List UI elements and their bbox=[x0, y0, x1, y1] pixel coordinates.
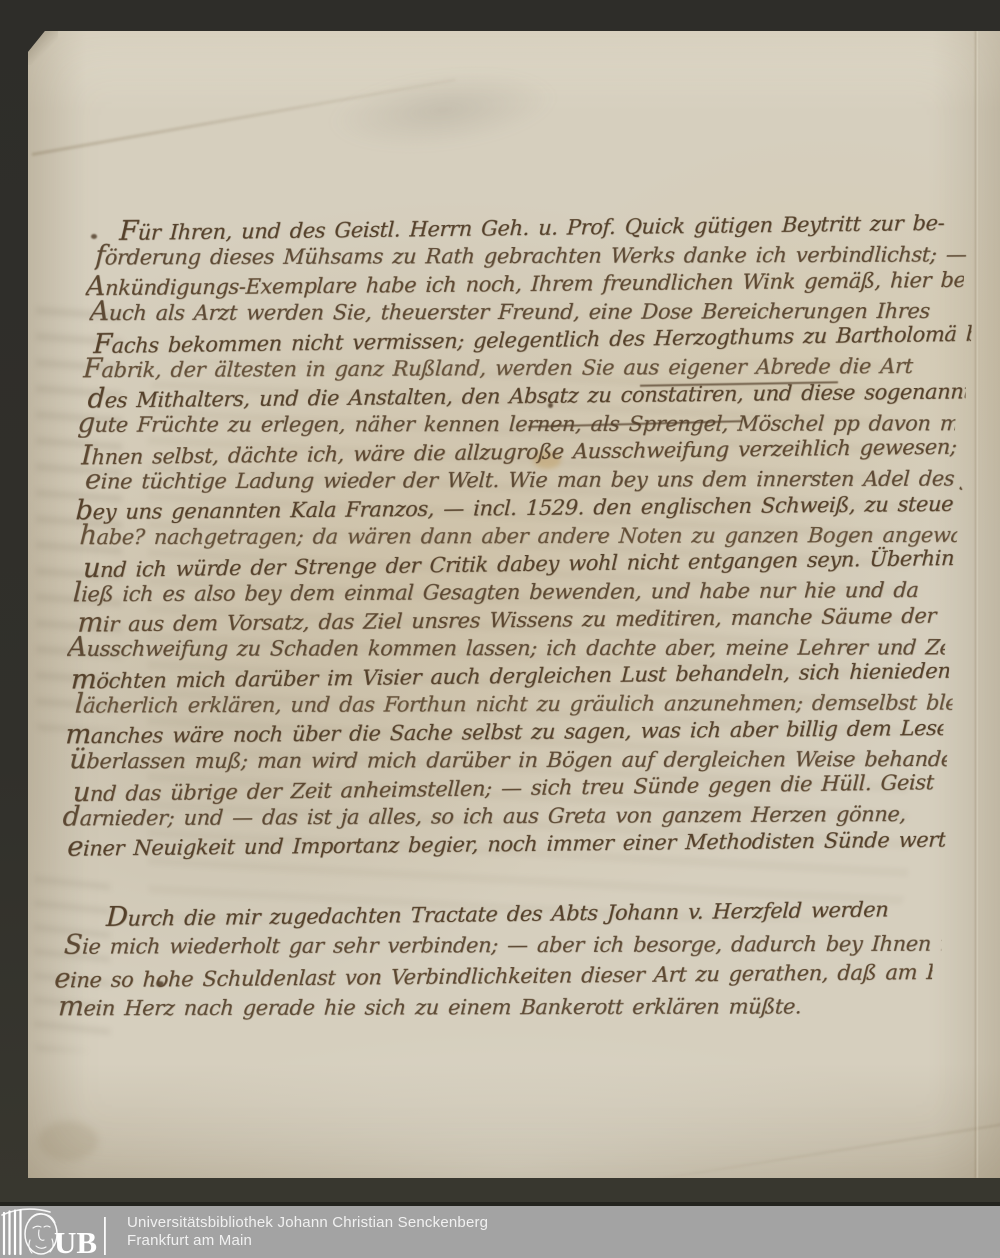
faint-ghost-writing bbox=[324, 59, 561, 160]
handwritten-letter-text: Für Ihren, und des Geistl. Herrn Geh. u.… bbox=[55, 210, 970, 1024]
logo-stripes-icon bbox=[2, 1209, 50, 1254]
ub-logo: UB bbox=[0, 1206, 112, 1258]
ub-logo-graphic: UB bbox=[0, 1206, 112, 1258]
institution-line2: Frankfurt am Main bbox=[127, 1232, 488, 1251]
paper-stain bbox=[38, 1121, 98, 1161]
library-footer-bar: UB Universitätsbibliothek Johann Christi… bbox=[0, 1206, 1000, 1258]
letter-paragraph: Für Ihren, und des Geistl. Herrn Geh. u.… bbox=[63, 210, 970, 860]
paper-crease-vertical bbox=[974, 31, 979, 1178]
logo-ub-text: UB bbox=[54, 1225, 97, 1258]
manuscript-paper: Für Ihren, und des Geistl. Herrn Geh. u.… bbox=[28, 31, 1000, 1178]
archive-scan-stage: Für Ihren, und des Geistl. Herrn Geh. u.… bbox=[0, 0, 1000, 1258]
institution-name: Universitätsbibliothek Johann Christian … bbox=[127, 1214, 488, 1251]
footer-divider bbox=[104, 1217, 106, 1255]
folded-corner-shade bbox=[28, 31, 58, 65]
paper-crease bbox=[32, 78, 456, 156]
paper-crease bbox=[593, 1121, 1000, 1190]
letter-paragraph: Durch die mir zugedachten Tractate des A… bbox=[55, 894, 939, 1024]
goethe-portrait-icon bbox=[25, 1214, 57, 1254]
institution-line1: Universitätsbibliothek Johann Christian … bbox=[127, 1214, 488, 1233]
manuscript-line: mein Herz nach gerade hie sich zu einem … bbox=[57, 989, 936, 1022]
